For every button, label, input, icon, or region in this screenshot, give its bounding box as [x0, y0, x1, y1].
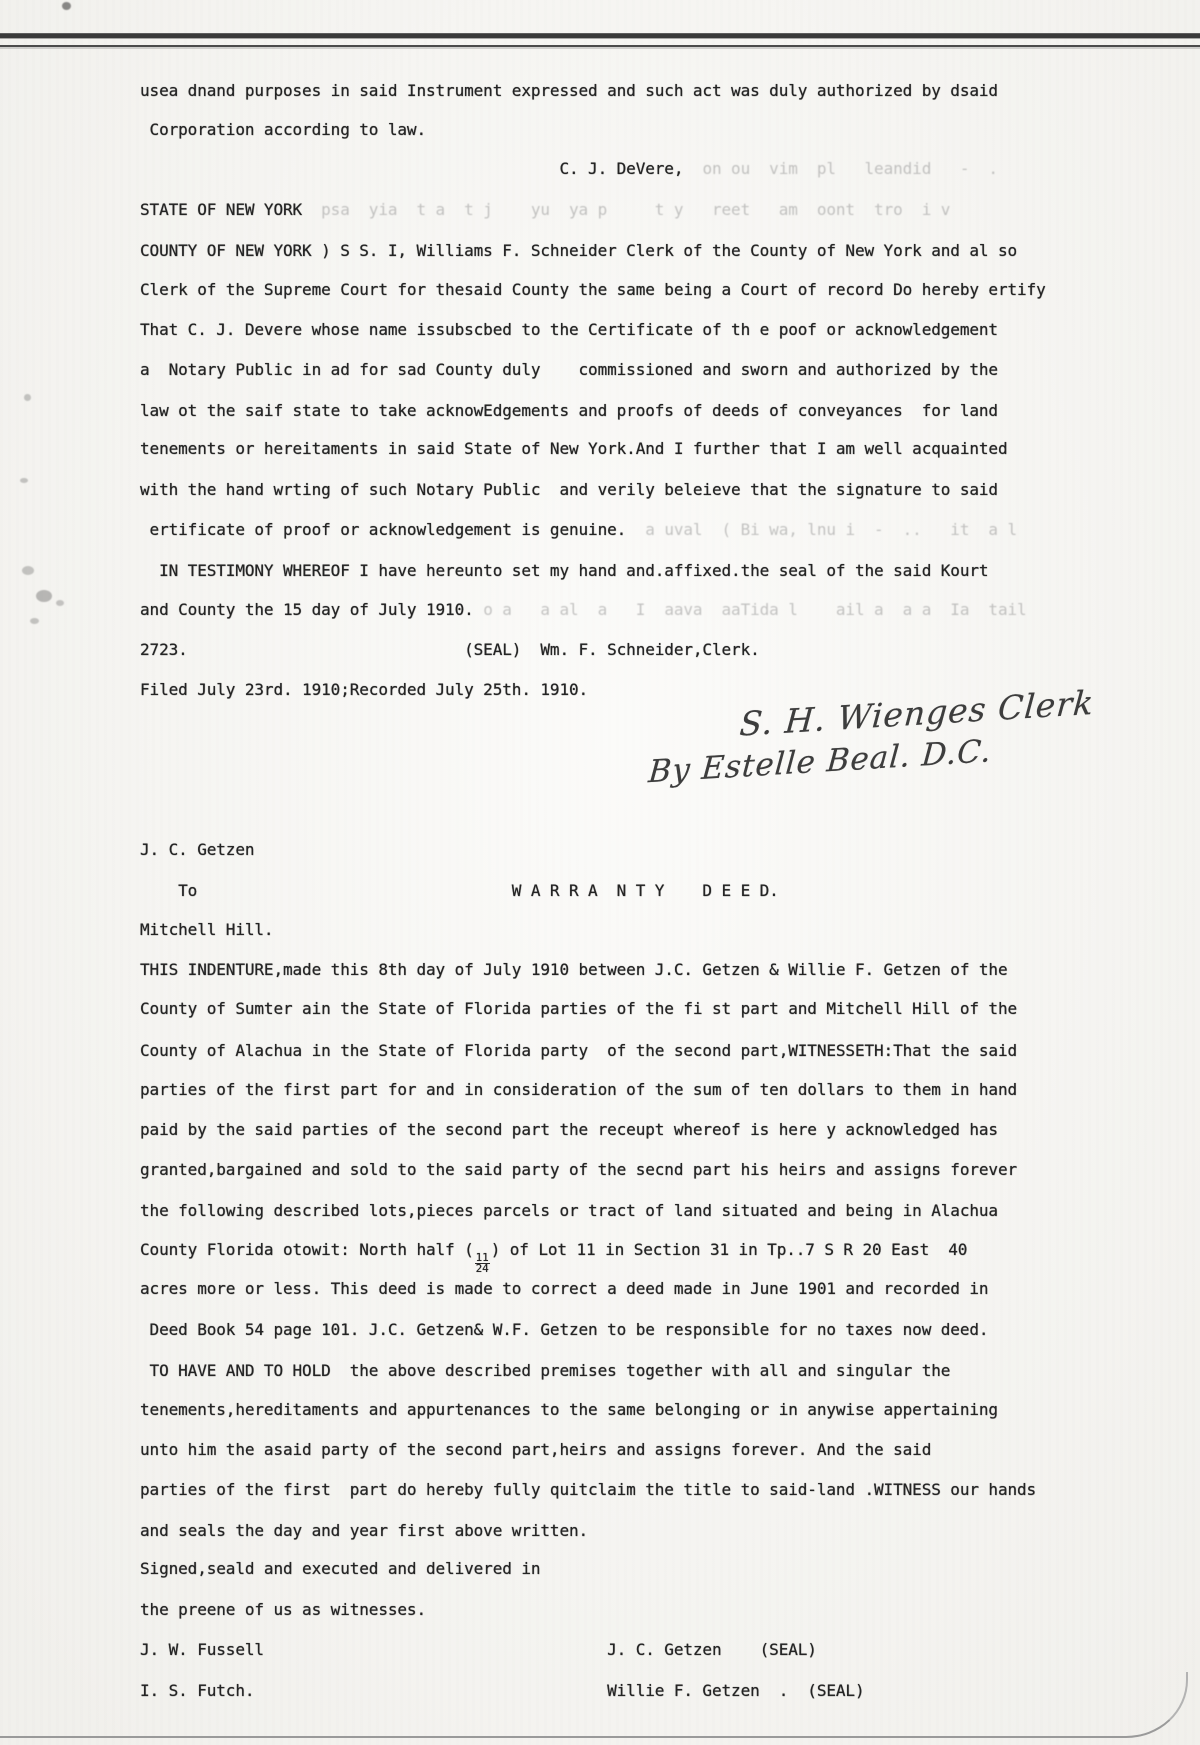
typed-text: and seals the day and year first above w… — [140, 1521, 588, 1540]
document-line: unto him the asaid party of the second p… — [140, 1430, 1200, 1470]
typed-text: granted,bargained and sold to the said p… — [140, 1160, 1017, 1179]
document-line: granted,bargained and sold to the said p… — [140, 1150, 1200, 1190]
typed-text: Signed,seald and executed and delivered … — [140, 1559, 540, 1578]
document-line: usea dnand purposes in said Instrument e… — [140, 71, 1200, 111]
typed-text: the preene of us as witnesses. — [140, 1600, 426, 1619]
document-line: the preene of us as witnesses. — [140, 1590, 1200, 1630]
bleedthrough-text: on ou vim pl leandid - . — [683, 159, 998, 178]
document-line — [140, 790, 1200, 830]
document-line: Clerk of the Supreme Court for thesaid C… — [140, 270, 1200, 310]
document-line: a Notary Public in ad for sad County dul… — [140, 350, 1200, 390]
scan-speck — [22, 566, 34, 575]
typed-text: That C. J. Devere whose name issubscbed … — [140, 320, 998, 339]
typed-text: and County the 15 day of July 1910. — [140, 600, 474, 619]
typed-text: 2723. (SEAL) Wm. F. Schneider,Clerk. — [140, 640, 760, 659]
document-line: and County the 15 day of July 1910. o a … — [140, 590, 1200, 630]
document-line: Signed,seald and executed and delivered … — [140, 1549, 1200, 1589]
typed-text: ) of Lot 11 in Section 31 in Tp..7 S R 2… — [491, 1240, 968, 1259]
typed-text: with the hand wrting of such Notary Publ… — [140, 480, 998, 499]
page-edge-curve — [0, 1672, 1188, 1738]
scan-speck — [62, 2, 71, 10]
typed-text: parties of the first part for and in con… — [140, 1080, 1017, 1099]
document-line: J. C. Getzen — [140, 830, 1200, 870]
document-line: To W A R R A N T Y D E E D. — [140, 871, 1200, 911]
bleedthrough-text: o a a al a I aava aaTida l ail a a a Ia … — [474, 600, 1027, 619]
document-line: County of Sumter ain the State of Florid… — [140, 989, 1200, 1029]
typed-text: tenements,hereditaments and appurtenance… — [140, 1400, 998, 1419]
document-line: 2723. (SEAL) Wm. F. Schneider,Clerk. — [140, 630, 1200, 670]
scan-speck — [56, 600, 64, 606]
document-line: law ot the saif state to take acknowEdge… — [140, 391, 1200, 431]
typed-text: a Notary Public in ad for sad County dul… — [140, 360, 998, 379]
scanned-document-page: usea dnand purposes in said Instrument e… — [0, 0, 1200, 1745]
document-line: County Florida otowit: North half (1124)… — [140, 1230, 1200, 1270]
typed-text: unto him the asaid party of the second p… — [140, 1440, 931, 1459]
typed-text: paid by the said parties of the second p… — [140, 1120, 998, 1139]
typed-text: usea dnand purposes in said Instrument e… — [140, 81, 998, 100]
document-line: Mitchell Hill. — [140, 910, 1200, 950]
typed-text: parties of the first part do hereby full… — [140, 1480, 1036, 1499]
document-line: paid by the said parties of the second p… — [140, 1110, 1200, 1150]
scan-speck — [36, 590, 52, 602]
document-text: usea dnand purposes in said Instrument e… — [0, 70, 1200, 1710]
top-ruled-line-thick — [0, 33, 1200, 38]
document-line: THIS INDENTURE,made this 8th day of July… — [140, 950, 1200, 990]
typed-text: ertificate of proof or acknowledgement i… — [140, 520, 626, 539]
scan-speck — [20, 478, 28, 483]
top-ruled-line-thin — [0, 45, 1200, 47]
document-line: That C. J. Devere whose name issubscbed … — [140, 310, 1200, 350]
typed-text — [140, 719, 150, 738]
typed-text: STATE OF NEW YORK — [140, 200, 302, 219]
document-line: TO HAVE AND TO HOLD the above described … — [140, 1351, 1200, 1391]
typed-text: Clerk of the Supreme Court for thesaid C… — [140, 280, 1046, 299]
document-line: acres more or less. This deed is made to… — [140, 1269, 1200, 1309]
typed-text: County Florida otowit: North half ( — [140, 1240, 474, 1259]
bleedthrough-text: psa yia t a t j yu ya p t y reet am oont… — [302, 200, 950, 219]
typed-text: IN TESTIMONY WHEREOF I have hereunto set… — [140, 561, 988, 580]
bleedthrough-text: a uval ( Bi wa, lnu i - .. it a l — [626, 520, 1017, 539]
document-line: Deed Book 54 page 101. J.C. Getzen& W.F.… — [140, 1310, 1200, 1350]
typed-text: Deed Book 54 page 101. J.C. Getzen& W.F.… — [140, 1320, 988, 1339]
document-line: with the hand wrting of such Notary Publ… — [140, 470, 1200, 510]
scan-speck — [24, 394, 31, 401]
typed-text: Corporation according to law. — [140, 120, 426, 139]
typed-text: TO HAVE AND TO HOLD the above described … — [140, 1361, 950, 1380]
document-line: J. W. Fussell J. C. Getzen (SEAL) — [140, 1630, 1200, 1670]
document-line: tenements,hereditaments and appurtenance… — [140, 1390, 1200, 1430]
typed-text: Mitchell Hill. — [140, 920, 273, 939]
typed-text — [140, 760, 150, 779]
typed-text: Filed July 23rd. 1910;Recorded July 25th… — [140, 680, 588, 699]
typed-text: COUNTY OF NEW YORK ) S S. I, Williams F.… — [140, 241, 1017, 260]
typed-text: To W A R R A N T Y D E E D. — [140, 881, 779, 900]
typed-text: C. J. DeVere, — [140, 159, 683, 178]
document-line: C. J. DeVere, on ou vim pl leandid - . — [140, 149, 1200, 189]
document-line: County of Alachua in the State of Florid… — [140, 1031, 1200, 1071]
scan-speck — [30, 618, 39, 624]
typed-text: J. W. Fussell J. C. Getzen (SEAL) — [140, 1640, 817, 1659]
document-line: tenements or hereitaments in said State … — [140, 429, 1200, 469]
typed-text: County of Alachua in the State of Florid… — [140, 1041, 1017, 1060]
document-line: IN TESTIMONY WHEREOF I have hereunto set… — [140, 551, 1200, 591]
typed-text: law ot the saif state to take acknowEdge… — [140, 401, 998, 420]
typed-text: J. C. Getzen — [140, 840, 254, 859]
typed-text: tenements or hereitaments in said State … — [140, 439, 1008, 458]
document-line: and seals the day and year first above w… — [140, 1511, 1200, 1551]
document-line: COUNTY OF NEW YORK ) S S. I, Williams F.… — [140, 231, 1200, 271]
typed-text: County of Sumter ain the State of Florid… — [140, 999, 1017, 1018]
document-line: parties of the first part do hereby full… — [140, 1470, 1200, 1510]
typed-text: the following described lots,pieces parc… — [140, 1201, 998, 1220]
document-line: ertificate of proof or acknowledgement i… — [140, 510, 1200, 550]
typed-text: acres more or less. This deed is made to… — [140, 1279, 988, 1298]
document-line: Corporation according to law. — [140, 110, 1200, 150]
document-line: parties of the first part for and in con… — [140, 1070, 1200, 1110]
typed-text: THIS INDENTURE,made this 8th day of July… — [140, 960, 1008, 979]
document-line: STATE OF NEW YORK psa yia t a t j yu ya … — [140, 190, 1200, 230]
typed-text — [140, 800, 150, 819]
document-line: the following described lots,pieces parc… — [140, 1191, 1200, 1231]
